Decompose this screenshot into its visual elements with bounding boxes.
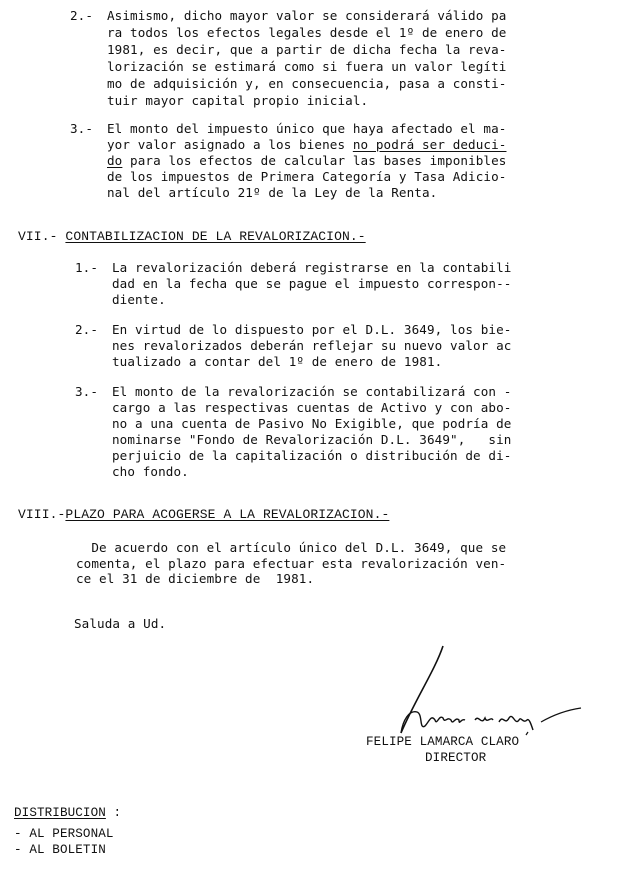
paragraph-line: dad en la fecha que se pague el impuesto… <box>112 276 511 291</box>
signatory-name: FELIPE LAMARCA CLARO <box>366 735 519 750</box>
paragraph-line: lorización se estimará como si fuera un … <box>107 59 506 74</box>
section-heading: VIII.-PLAZO PARA ACOGERSE A LA REVALORIZ… <box>18 507 389 522</box>
emphasis-underlined: do <box>107 153 122 168</box>
section-numeral: VIII.- <box>18 507 65 522</box>
paragraph-line: no a una cuenta de Pasivo No Exigible, q… <box>112 416 511 431</box>
distribution-colon: : <box>106 806 121 820</box>
paragraph-line: tuir mayor capital propio inicial. <box>107 93 368 108</box>
paragraph-line: tualizado a contar del 1º de enero de 19… <box>112 354 442 369</box>
paragraph-line: mo de adquisición y, en consecuencia, pa… <box>107 76 506 91</box>
item-number: 3.- <box>70 121 93 136</box>
paragraph-line: de los impuestos de Primera Categoría y … <box>107 169 506 184</box>
item-number: 3.- <box>75 384 98 399</box>
paragraph-line: De acuerdo con el artículo único del D.L… <box>76 540 506 555</box>
paragraph-line: ra todos los efectos legales desde el 1º… <box>107 25 506 40</box>
paragraph-line: nes revalorizados deberán reflejar su nu… <box>112 338 511 353</box>
paragraph-line: Asimismo, dicho mayor valor se considera… <box>107 8 506 23</box>
paragraph-line: nal del artículo 21º de la Ley de la Ren… <box>107 185 437 200</box>
item-number: 2.- <box>70 8 93 23</box>
closing-salutation: Saluda a Ud. <box>74 616 166 631</box>
item-number: 2.- <box>75 322 98 337</box>
paragraph-line: cho fondo. <box>112 464 189 479</box>
paragraph-line: do para los efectos de calcular las base… <box>107 153 506 168</box>
text-run: yor valor asignado a los bienes <box>107 137 353 152</box>
section-title: CONTABILIZACION DE LA REVALORIZACION.- <box>65 229 365 244</box>
paragraph-line: La revalorización deberá registrarse en … <box>112 260 511 275</box>
paragraph-line: cargo a las respectivas cuentas de Activ… <box>112 400 511 415</box>
signature-icon <box>395 640 595 740</box>
item-number: 1.- <box>75 260 98 275</box>
paragraph-line: perjuicio de la capitalización o distrib… <box>112 448 511 463</box>
paragraph-line: diente. <box>112 292 166 307</box>
paragraph-line: ce el 31 de diciembre de 1981. <box>76 571 314 586</box>
paragraph-line: El monto de la revalorización se contabi… <box>112 384 511 399</box>
distribution-item: - AL BOLETIN <box>14 843 106 858</box>
emphasis-underlined: no podrá ser deduci- <box>353 137 507 152</box>
paragraph-line: 1981, es decir, que a partir de dicha fe… <box>107 42 506 57</box>
section-title: PLAZO PARA ACOGERSE A LA REVALORIZACION.… <box>65 507 389 522</box>
section-numeral: VII.- <box>18 229 58 244</box>
distribution-item: - AL PERSONAL <box>14 827 114 842</box>
paragraph-line: yor valor asignado a los bienes no podrá… <box>107 137 506 152</box>
distribution-label: DISTRIBUCION <box>14 806 106 820</box>
text-run: para los efectos de calcular las bases i… <box>122 153 506 168</box>
signatory-title: DIRECTOR <box>425 751 486 766</box>
paragraph-line: El monto del impuesto único que haya afe… <box>107 121 506 136</box>
paragraph-line: nominarse "Fondo de Revalorización D.L. … <box>112 432 511 447</box>
distribution-heading: DISTRIBUCION : <box>14 806 121 821</box>
document-page: 2.- Asimismo, dicho mayor valor se consi… <box>0 0 630 873</box>
paragraph-line: En virtud de lo dispuesto por el D.L. 36… <box>112 322 511 337</box>
section-heading: VII.- CONTABILIZACION DE LA REVALORIZACI… <box>18 229 366 244</box>
paragraph-line: comenta, el plazo para efectuar esta rev… <box>76 556 506 571</box>
